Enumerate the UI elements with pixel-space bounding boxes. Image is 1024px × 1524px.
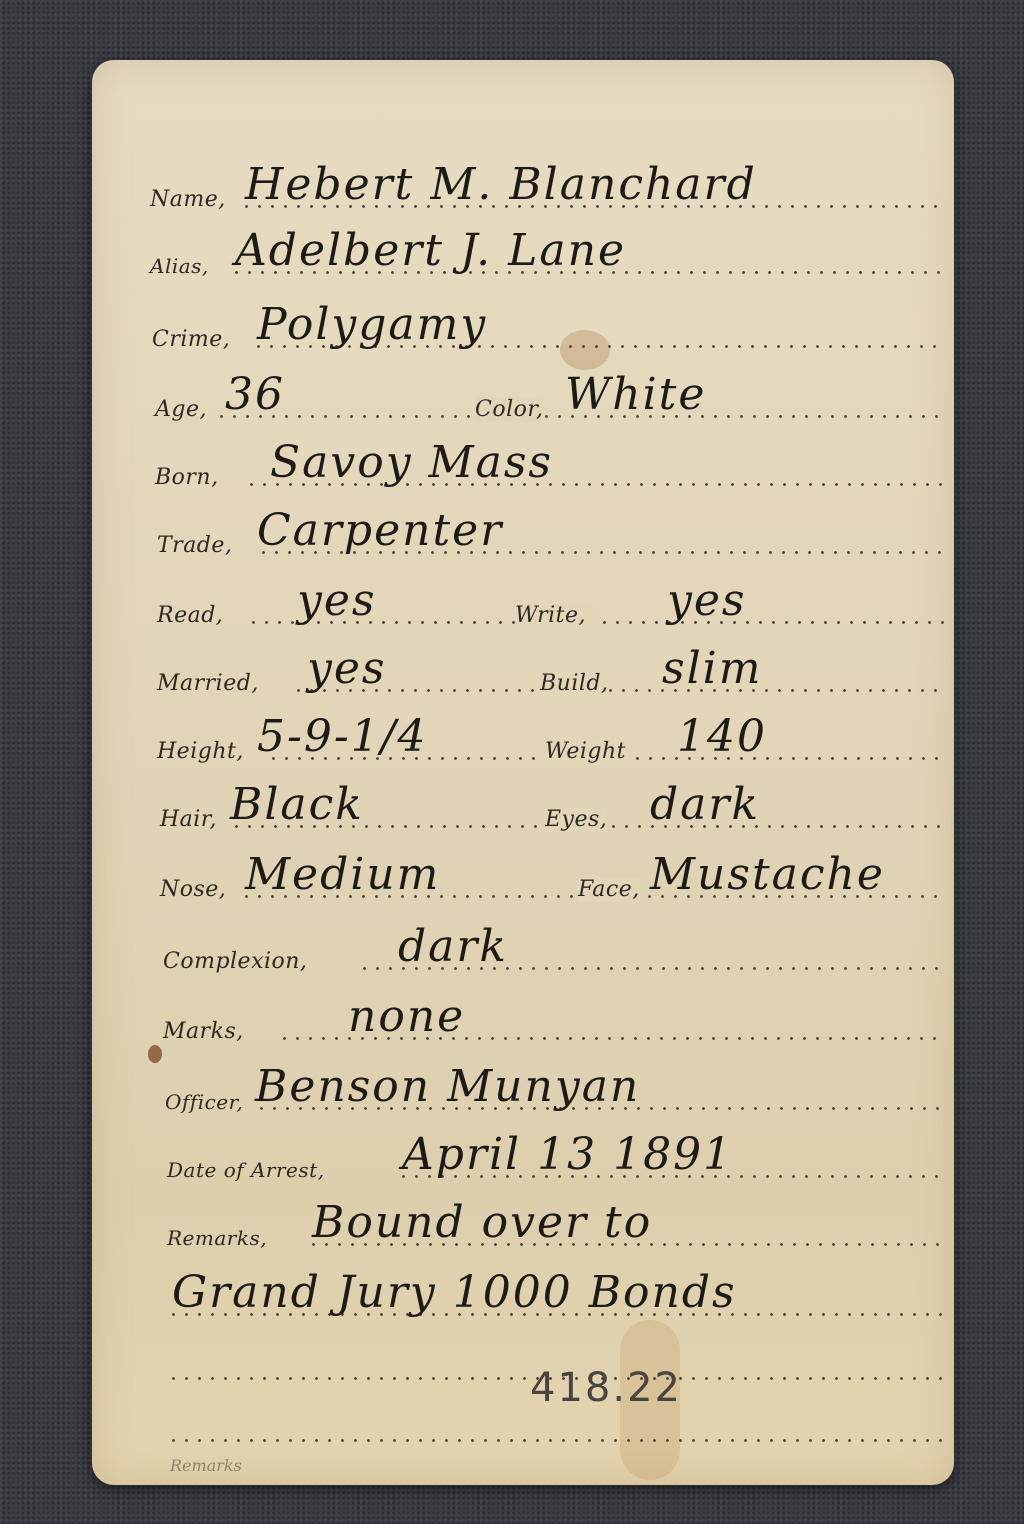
height-label: Height, [157, 739, 244, 764]
field-name: Name, Hebert M. Blanchard [150, 168, 944, 218]
crime-label: Crime, [152, 327, 230, 352]
remarks-value-line2: Grand Jury 1000 Bonds [172, 1267, 737, 1318]
hair-label: Hair, [160, 807, 217, 832]
trade-label: Trade, [157, 533, 232, 558]
marks-value: none [348, 991, 465, 1042]
field-married-build: Married, yes Build, slim [157, 652, 944, 702]
read-value: yes [297, 575, 376, 626]
officer-label: Officer, [165, 1090, 243, 1114]
officer-value: Benson Munyan [255, 1061, 640, 1112]
build-value: slim [662, 643, 762, 694]
height-value: 5-9-1/4 [257, 711, 428, 762]
field-remarks-continued: Grand Jury 1000 Bonds [167, 1276, 944, 1326]
face-value: Mustache [650, 849, 885, 900]
field-age-color: Age, 36 Color, White [155, 378, 944, 428]
build-label: Build, [540, 671, 608, 696]
eyes-value: dark [650, 779, 760, 830]
remarks-value-line1: Bound over to [312, 1197, 652, 1248]
field-date-of-arrest: Date of Arrest, April 13 1891 [167, 1138, 944, 1188]
field-marks: Marks, none [163, 1000, 944, 1050]
read-label: Read, [157, 603, 223, 628]
field-trade: Trade, Carpenter [157, 514, 944, 564]
nose-label: Nose, [160, 877, 226, 902]
write-label: Write, [515, 603, 598, 628]
married-label: Married, [157, 671, 259, 696]
stain [148, 1045, 162, 1063]
born-label: Born, [155, 465, 219, 490]
alias-label: Alias, [150, 254, 209, 278]
card-inner-border [120, 80, 926, 1465]
color-label: Color, [475, 397, 543, 422]
complexion-label: Complexion, [163, 949, 307, 974]
field-hair-eyes: Hair, Black Eyes, dark [160, 788, 944, 838]
hair-value: Black [230, 779, 364, 830]
field-complexion: Complexion, dark [163, 930, 944, 980]
field-born: Born, Savoy Mass [155, 446, 944, 496]
field-nose-face: Nose, Medium Face, Mustache [160, 858, 944, 908]
field-officer: Officer, Benson Munyan [165, 1070, 944, 1120]
face-label: Face, [578, 877, 640, 902]
dotted-line [167, 1439, 944, 1442]
write-value: yes [667, 575, 746, 626]
alias-value: Adelbert J. Lane [235, 225, 626, 276]
weight-label: Weight [545, 739, 626, 764]
field-alias: Alias, Adelbert J. Lane [150, 234, 944, 284]
nose-value: Medium [245, 849, 440, 900]
marks-label: Marks, [163, 1019, 244, 1044]
weight-value: 140 [677, 711, 767, 762]
field-crime: Crime, Polygamy [152, 308, 944, 358]
color-value: White [565, 369, 706, 420]
pencil-note: 418.22 [530, 1365, 682, 1411]
field-remarks: Remarks, Bound over to [167, 1206, 944, 1256]
date-of-arrest-value: April 13 1891 [402, 1129, 733, 1180]
born-value: Savoy Mass [270, 437, 553, 488]
field-height-weight: Height, 5-9-1/4 Weight 140 [157, 720, 944, 770]
complexion-value: dark [398, 921, 508, 972]
trade-value: Carpenter [257, 505, 503, 556]
age-value: 36 [225, 369, 285, 420]
age-label: Age, [155, 397, 207, 422]
remarks-label: Remarks, [167, 1226, 267, 1250]
date-of-arrest-label: Date of Arrest, [167, 1158, 325, 1182]
name-value: Hebert M. Blanchard [245, 159, 757, 210]
married-value: yes [307, 643, 386, 694]
name-label: Name, [150, 187, 226, 212]
eyes-label: Eyes, [545, 807, 607, 832]
crime-value: Polygamy [257, 299, 487, 350]
field-read-write: Read, yes Write, yes [157, 584, 944, 634]
bottom-edge-text: Remarks [170, 1456, 242, 1475]
dotted-line [292, 689, 944, 692]
